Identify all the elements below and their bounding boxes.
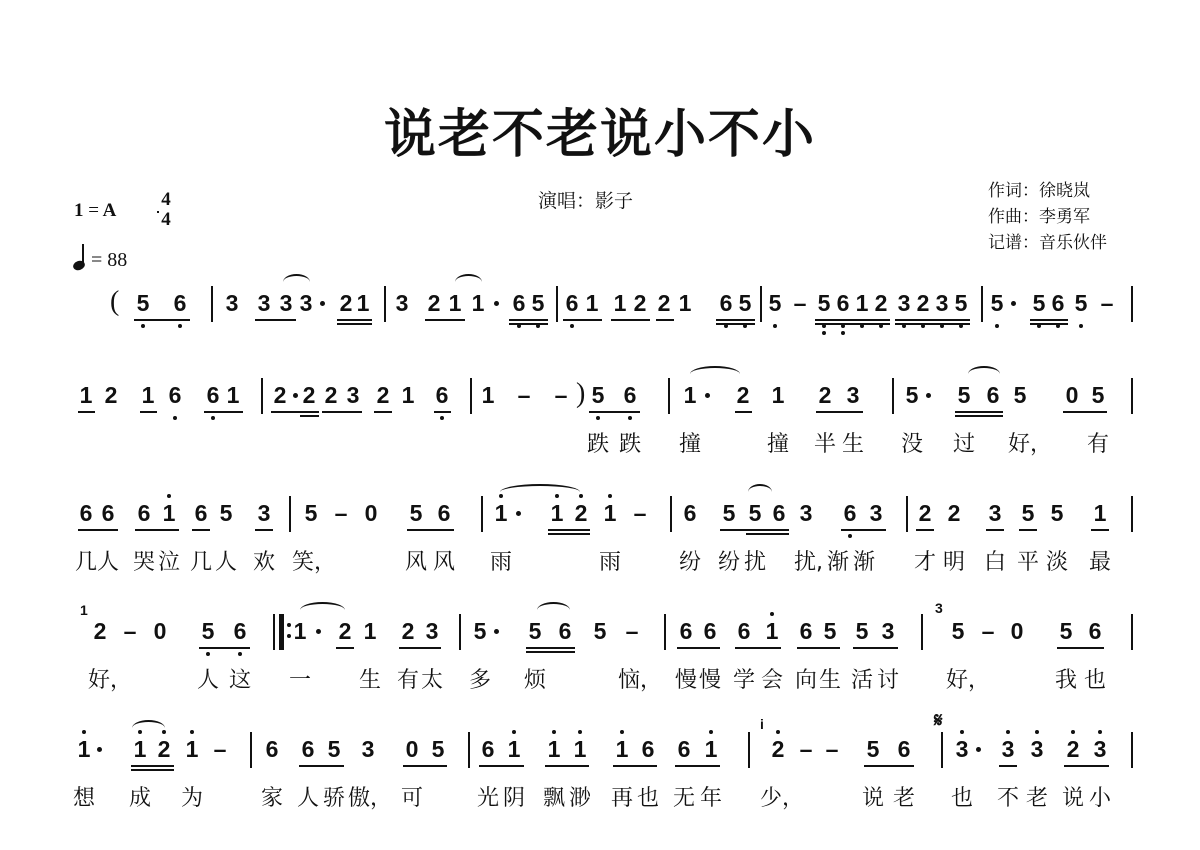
paren-open: ( (110, 286, 119, 318)
lyric-char: 人 (214, 550, 238, 576)
note: – (792, 290, 808, 316)
note: 1 (703, 736, 719, 762)
lyric-char: 不 (996, 786, 1020, 812)
note: – (798, 736, 814, 762)
note: 1 (470, 290, 486, 316)
note: 5 (865, 736, 881, 762)
augmentation-dot (494, 629, 499, 634)
note: 5 (592, 618, 608, 644)
beam-underline (720, 529, 789, 531)
barline (921, 614, 923, 650)
barline (556, 286, 558, 322)
note: 2 (873, 290, 889, 316)
note: 6 (678, 618, 694, 644)
lyric-char: 跌 (586, 432, 610, 458)
lyric-char: 傲， (348, 786, 372, 812)
note: – (516, 382, 532, 408)
note: – (333, 500, 349, 526)
note: 2 (103, 382, 119, 408)
note: 5 (1073, 290, 1089, 316)
beam-underline (140, 411, 157, 413)
barline (459, 614, 461, 650)
note: 1 (493, 500, 509, 526)
note: 2 (338, 290, 354, 316)
note: 3 (880, 618, 896, 644)
note: 2 (375, 382, 391, 408)
note: 6 (842, 500, 858, 526)
note: 3 (424, 618, 440, 644)
note: 2 (272, 382, 288, 408)
lyric-char: 跌 (618, 432, 642, 458)
segno-icon: 𝄋 (934, 708, 943, 732)
note: 0 (152, 618, 168, 644)
note: 1 (1092, 500, 1108, 526)
lyric-char: 说 (1061, 786, 1085, 812)
note: 5 (767, 290, 783, 316)
repeat-dot (287, 623, 291, 627)
lyric-char: 慢 (674, 668, 698, 694)
lyric-char: 欢 (252, 550, 276, 576)
lyric-char: 慢 (698, 668, 722, 694)
lyric-char: 平 (1016, 550, 1040, 576)
beam-underline (407, 529, 454, 531)
note: 6 (676, 736, 692, 762)
note: 3 (256, 500, 272, 526)
note: 6 (640, 736, 656, 762)
barline (250, 732, 252, 768)
lyric-char: 撞 (766, 432, 790, 458)
augmentation-dot (976, 747, 981, 752)
barline (906, 496, 908, 532)
beam-underline (300, 415, 319, 417)
note: 3 (1092, 736, 1108, 762)
lyric-char: 生 (841, 432, 865, 458)
beam-underline (78, 411, 95, 413)
lyric-char: 扰 (743, 550, 767, 576)
barline (1131, 614, 1133, 650)
note: 3 (278, 290, 294, 316)
beam-underline (895, 323, 970, 325)
note: 5 (822, 618, 838, 644)
lyric-char: 成 (128, 786, 152, 812)
note: 1 (572, 736, 588, 762)
beam-underline (716, 323, 755, 325)
beam-underline (986, 529, 1004, 531)
note: 6 (557, 618, 573, 644)
barline (664, 614, 666, 650)
beam-underline (545, 765, 589, 767)
lyric-char: 风 (404, 550, 428, 576)
beam-underline (716, 319, 755, 321)
note: – (980, 618, 996, 644)
lyric-char: 太 (420, 668, 444, 694)
lyric-char: 我 (1054, 668, 1078, 694)
note: 2 (656, 290, 672, 316)
beam-underline (255, 529, 273, 531)
beam-underline (841, 529, 886, 531)
note: 5 (721, 500, 737, 526)
time-signature: 4 4 (157, 190, 175, 230)
barline (892, 378, 894, 414)
beam-underline (134, 319, 190, 321)
beam-underline (399, 647, 441, 649)
note: 1 (682, 382, 698, 408)
beam-underline (509, 323, 548, 325)
note: 2 (770, 736, 786, 762)
note: – (824, 736, 840, 762)
barline (981, 286, 983, 322)
note: 1 (184, 736, 200, 762)
lyric-char: 一 (288, 668, 312, 694)
lyric-char: 无 (672, 786, 696, 812)
lyric-char: 多 (468, 668, 492, 694)
lyric-char: 学 (732, 668, 756, 694)
slur-tie (537, 602, 570, 618)
beam-underline (1019, 529, 1037, 531)
note: 5 (816, 290, 832, 316)
barline (941, 732, 943, 768)
note: 1 (447, 290, 463, 316)
note: 6 (205, 382, 221, 408)
note: 6 (511, 290, 527, 316)
beam-underline (434, 411, 451, 413)
note: – (122, 618, 138, 644)
note: 5 (950, 618, 966, 644)
beam-underline (135, 529, 179, 531)
beam-underline (746, 533, 789, 535)
barline (760, 286, 762, 322)
repeat-dot (287, 634, 291, 638)
lyric-char: 明 (942, 550, 966, 576)
note: 2 (632, 290, 648, 316)
note: 5 (303, 500, 319, 526)
beam-underline (895, 319, 970, 321)
lyric-char: 这 (228, 668, 252, 694)
lyric-char: 雨 (598, 550, 622, 576)
note: 3 (868, 500, 884, 526)
lyric-char: 有 (1086, 432, 1110, 458)
paren-close: ) (576, 378, 585, 410)
note: 1 (76, 736, 92, 762)
lyric-char: 渐 (852, 550, 876, 576)
grace-note: i (760, 716, 764, 732)
beam-underline (999, 765, 1017, 767)
note: 3 (954, 736, 970, 762)
note: 3 (1029, 736, 1045, 762)
note: 6 (835, 290, 851, 316)
lyric-char: 飘 (542, 786, 566, 812)
note: 5 (747, 500, 763, 526)
lyricist-credit: 作词：徐晓岚 (988, 178, 1107, 204)
beam-underline (815, 323, 890, 325)
note: 1 (584, 290, 600, 316)
note: 1 (132, 736, 148, 762)
note: 1 (161, 500, 177, 526)
slur-tie (748, 484, 772, 500)
lyric-char: 半 (813, 432, 837, 458)
note: 5 (430, 736, 446, 762)
beam-underline (815, 319, 890, 321)
note: 3 (1000, 736, 1016, 762)
beam-underline (677, 647, 720, 649)
barline (470, 378, 472, 414)
note: 1 (292, 618, 308, 644)
barline (289, 496, 291, 532)
lyric-char: 可 (400, 786, 424, 812)
lyric-char: 恼， (618, 668, 642, 694)
lyric-char: 渺 (568, 786, 592, 812)
lyric-char: 人 (196, 668, 220, 694)
slur-tie (300, 602, 345, 618)
beam-underline (509, 319, 548, 321)
note: 5 (472, 618, 488, 644)
barline (211, 286, 213, 322)
note: 1 (549, 500, 565, 526)
time-sig-top: 4 (157, 190, 175, 210)
note: 6 (798, 618, 814, 644)
key-tonic: 1 (74, 200, 84, 221)
note: 5 (218, 500, 234, 526)
lyric-char: 泣 (157, 550, 181, 576)
lyric-char: 也 (950, 786, 974, 812)
note: 1 (362, 618, 378, 644)
note: 5 (1058, 618, 1074, 644)
beam-underline (526, 651, 575, 653)
beam-underline (337, 319, 372, 321)
note: 5 (530, 290, 546, 316)
beam-underline (336, 647, 354, 649)
note: 6 (434, 382, 450, 408)
beam-underline (299, 765, 344, 767)
augmentation-dot (320, 301, 325, 306)
barline (1131, 378, 1133, 414)
note: – (624, 618, 640, 644)
note: 2 (915, 290, 931, 316)
note: 6 (172, 290, 188, 316)
tempo-value: = 88 (91, 249, 127, 271)
augmentation-dot (516, 511, 521, 516)
note: 1 (546, 736, 562, 762)
beam-underline (1063, 411, 1107, 413)
note: 0 (1009, 618, 1025, 644)
note: 3 (298, 290, 314, 316)
note: 6 (264, 736, 280, 762)
lyric-char: 讨 (876, 668, 900, 694)
lyric-char: 撞 (678, 432, 702, 458)
note: 5 (527, 618, 543, 644)
lyric-char: 哭 (132, 550, 156, 576)
note: 2 (817, 382, 833, 408)
beam-underline (322, 411, 362, 413)
note: 1 (400, 382, 416, 408)
lyric-char: 家 (260, 786, 284, 812)
key-equals: = (88, 200, 99, 221)
beam-underline (563, 319, 602, 321)
lyric-char: 再 (610, 786, 634, 812)
barline (279, 614, 284, 650)
note: 1 (854, 290, 870, 316)
note: 3 (896, 290, 912, 316)
augmentation-dot (926, 393, 931, 398)
key-signature: 1 = A (74, 200, 116, 222)
lyric-char: 生 (358, 668, 382, 694)
beam-underline (735, 647, 781, 649)
lyric-char: 雨 (489, 550, 513, 576)
beam-underline (816, 411, 863, 413)
note: 5 (590, 382, 606, 408)
beam-underline (675, 765, 720, 767)
note: 2 (573, 500, 589, 526)
barline (668, 378, 670, 414)
note: 6 (78, 500, 94, 526)
barline (1131, 286, 1133, 322)
note: 6 (193, 500, 209, 526)
beam-underline (374, 411, 392, 413)
augmentation-dot (316, 629, 321, 634)
barline (1131, 732, 1133, 768)
slur-tie (283, 274, 310, 290)
beam-underline (916, 529, 934, 531)
grace-note: 1 (80, 602, 88, 618)
beam-underline (548, 533, 590, 535)
augmentation-dot (97, 747, 102, 752)
beam-underline (131, 765, 174, 767)
beam-underline (656, 319, 674, 321)
lyric-char: 纷 (678, 550, 702, 576)
composer-credit: 作曲：李勇军 (988, 204, 1107, 230)
lyric-char: 少， (760, 786, 784, 812)
note: 1 (355, 290, 371, 316)
note: 2 (426, 290, 442, 316)
beam-underline (192, 529, 210, 531)
beam-underline (479, 765, 524, 767)
note: 5 (1049, 500, 1065, 526)
note: 6 (682, 500, 698, 526)
lyric-char: 风 (432, 550, 456, 576)
lyric-char: 小 (1088, 786, 1112, 812)
lyric-char: 也 (1083, 668, 1107, 694)
slur-tie (500, 484, 580, 500)
lyric-char: 老 (892, 786, 916, 812)
time-sig-divider (157, 211, 159, 213)
lyric-char: 老 (1025, 786, 1049, 812)
note: 5 (408, 500, 424, 526)
barline (384, 286, 386, 322)
lyric-char: 才 (913, 550, 937, 576)
note: 5 (200, 618, 216, 644)
note: 6 (100, 500, 116, 526)
note: 3 (934, 290, 950, 316)
beam-underline (1091, 529, 1109, 531)
lyric-char: 说 (861, 786, 885, 812)
note: 2 (92, 618, 108, 644)
note: 0 (363, 500, 379, 526)
beam-underline (1064, 765, 1109, 767)
note: 3 (845, 382, 861, 408)
note: 2 (1065, 736, 1081, 762)
note: 1 (602, 500, 618, 526)
note: 2 (323, 382, 339, 408)
lyric-char: 纷 (717, 550, 741, 576)
barline (748, 732, 750, 768)
note: 5 (1012, 382, 1028, 408)
note: 5 (904, 382, 920, 408)
beam-underline (255, 319, 296, 321)
barline (1131, 496, 1133, 532)
lyric-char: 好， (1008, 432, 1032, 458)
beam-underline (611, 319, 650, 321)
beam-underline (1030, 319, 1068, 321)
lyric-char: 最 (1088, 550, 1112, 576)
augmentation-dot (705, 393, 710, 398)
augmentation-dot (1011, 301, 1016, 306)
beam-underline (853, 647, 898, 649)
note: 5 (989, 290, 1005, 316)
note: – (553, 382, 569, 408)
note: 6 (622, 382, 638, 408)
note: 6 (771, 500, 787, 526)
lyric-char: 为 (180, 786, 204, 812)
note: – (632, 500, 648, 526)
beam-underline (271, 411, 319, 413)
lyric-char: 骄 (322, 786, 346, 812)
time-sig-bottom: 4 (157, 210, 175, 230)
barline (273, 614, 275, 650)
key-note: A (103, 200, 117, 221)
note: 1 (770, 382, 786, 408)
lyric-char: 生 (818, 668, 842, 694)
note: 3 (798, 500, 814, 526)
singer-credit: 演唱：影子 (538, 186, 633, 213)
beam-underline (955, 415, 1003, 417)
lyric-char: 向 (794, 668, 818, 694)
note: 3 (987, 500, 1003, 526)
tempo-marking: = 88 (72, 244, 127, 272)
beam-underline (131, 769, 174, 771)
lyric-char: 光 (476, 786, 500, 812)
beam-underline (78, 529, 118, 531)
beam-underline (526, 647, 575, 649)
beam-underline (589, 411, 640, 413)
beam-underline (1057, 647, 1104, 649)
barline (481, 496, 483, 532)
note: 2 (301, 382, 317, 408)
slur-tie (455, 274, 482, 290)
beam-underline (548, 529, 590, 531)
note: 5 (135, 290, 151, 316)
lyric-char: 年 (699, 786, 723, 812)
note: 2 (735, 382, 751, 408)
beam-underline (425, 319, 465, 321)
lyric-char: 烦 (523, 668, 547, 694)
augmentation-dot (494, 301, 499, 306)
lyric-char: 几 (74, 550, 98, 576)
beam-underline (797, 647, 840, 649)
note: – (1099, 290, 1115, 316)
barline (670, 496, 672, 532)
lyric-char: 过 (952, 432, 976, 458)
lyric-char: 会 (760, 668, 784, 694)
note: 3 (394, 290, 410, 316)
beam-underline (337, 323, 372, 325)
lyric-char: 人 (296, 786, 320, 812)
lyric-char: 也 (636, 786, 660, 812)
note: 2 (337, 618, 353, 644)
note: 5 (1090, 382, 1106, 408)
transcriber-credit: 记谱：音乐伙伴 (988, 230, 1107, 256)
note: 1 (225, 382, 241, 408)
note: 1 (506, 736, 522, 762)
